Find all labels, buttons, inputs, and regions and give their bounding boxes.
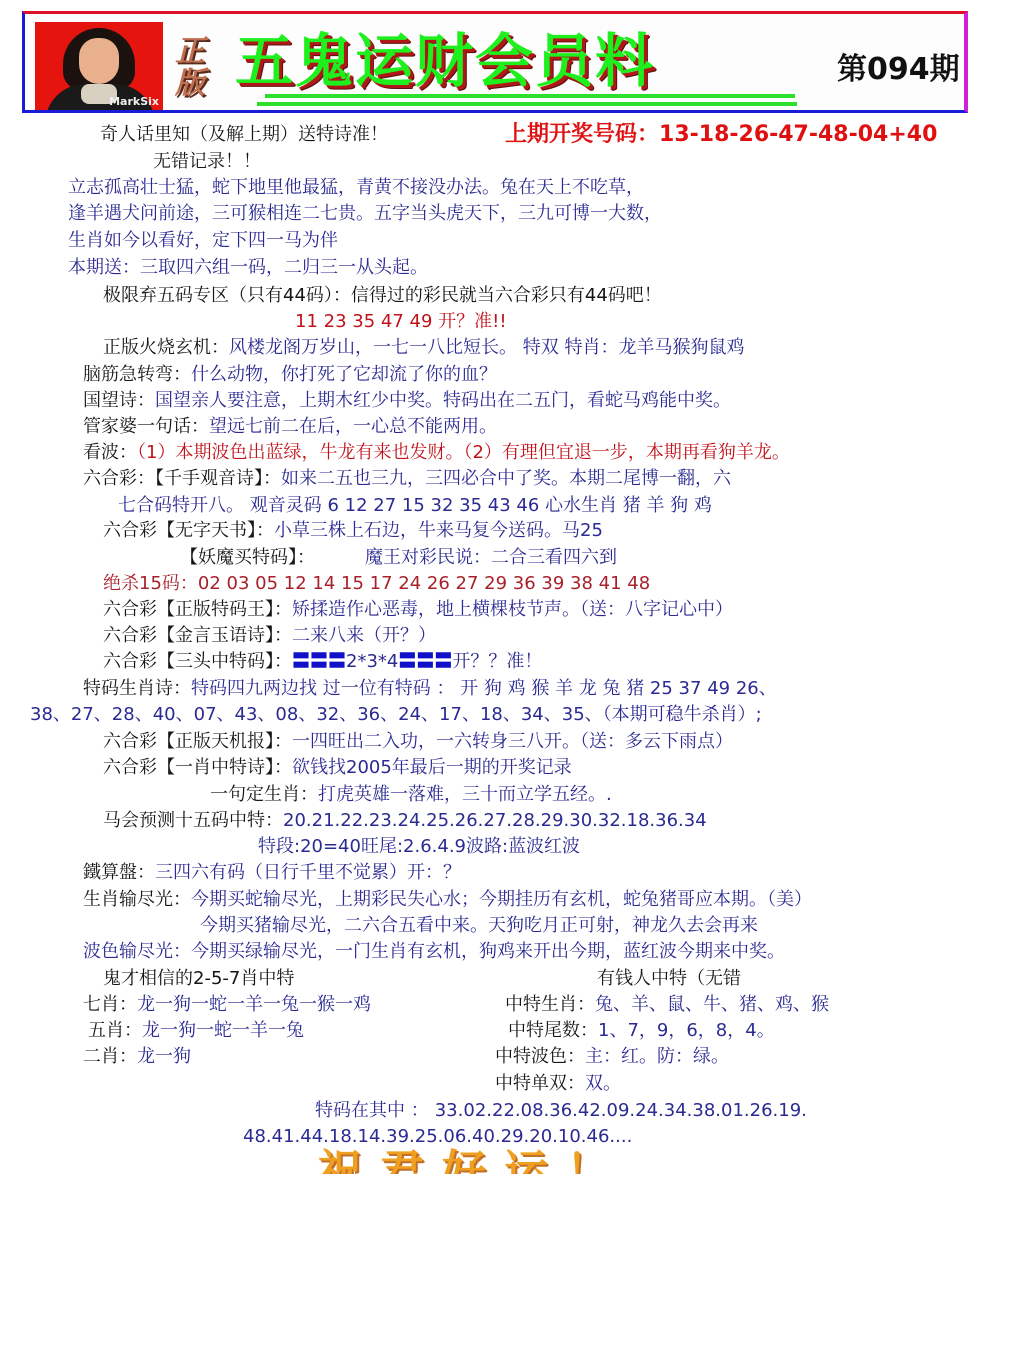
right-block-row: 中特单双：双。 bbox=[495, 1073, 621, 1095]
left-block-title: 鬼才相信的2-5-7肖中特 bbox=[103, 968, 294, 990]
qianshou-section: 六合彩：【千手观音诗】：如来二五也三九，三四必合中了奖。本期二尾博一翻，六 bbox=[83, 468, 731, 490]
guanjia-section: 管家婆一句话：望远七前二在后，一心总不能两用。 bbox=[83, 416, 497, 438]
huoshao-section: 正版火烧玄机：风楼龙阁万岁山，一七一八比短长。 特双 特肖：龙羊马猴狗鼠鸡 bbox=[103, 337, 744, 359]
yixiao-section: 六合彩【一肖中特诗】：欲钱找2005年最后一期的开奖记录 bbox=[103, 757, 572, 779]
poem-line: 立志孤高壮士猛，蛇下地里他最猛，青黄不接没办法。兔在天上不吃草， bbox=[68, 177, 644, 199]
qianshou-section-cont: 七合码特开八。 观音灵码 6 12 27 15 32 35 43 46 心水生肖… bbox=[118, 495, 712, 517]
tema-in-section: 特码在其中 ：33.02.22.08.36.42.09.24.34.38.01.… bbox=[315, 1100, 807, 1122]
santou-section: 六合彩【三头中特码】：〓〓〓2*3*4〓〓〓开？？准！ bbox=[103, 651, 542, 673]
left-block-row: 七肖：龙一狗一蛇一羊一兔一猴一鸡 bbox=[83, 994, 371, 1016]
santou-marks-left: 〓〓〓 bbox=[292, 651, 346, 672]
right-block-title: 有钱人中特（无错 bbox=[597, 968, 741, 990]
yiju-section: 一句定生肖：打虎英雄一落难，三十而立学五经。. bbox=[210, 784, 612, 806]
portrait-brand: MarkSix bbox=[109, 95, 159, 108]
genuine-badge: 正版 bbox=[175, 36, 217, 100]
page-title: 五鬼运财会员料 bbox=[235, 28, 655, 94]
intro-line-1: 奇人话里知（及解上期）送特诗准！ bbox=[100, 124, 388, 146]
santou-marks-right: 〓〓〓 bbox=[398, 651, 452, 672]
naojin-section: 脑筋急转弯：什么动物，你打死了它却流了你的血？ bbox=[83, 364, 497, 386]
last-draw-label: 上期开奖号码： bbox=[505, 122, 659, 147]
shengxiao-poem-section: 特码生肖诗：特码四九两边找 过一位有特码 ： 开 狗 鸡 猴 羊 龙 兔 猪 2… bbox=[83, 678, 777, 700]
footer-greeting: 祝君好运！ bbox=[318, 1148, 628, 1174]
limit-zone-title: 极限弃五码专区（只有44码）：信得过的彩民就当六合彩只有44码吧！ bbox=[103, 285, 662, 307]
right-block-row: 中特尾数：1、7，9，6，8，4。 bbox=[508, 1020, 775, 1042]
poem-line: 逢羊遇犬问前途，三可猴相连二七贵。五字当头虎天下，三九可博一大数， bbox=[68, 203, 662, 225]
sx-lose-cont: 今期买猪输尽光，二六合五看中来。天狗吃月正可射，神龙久去会再来 bbox=[200, 915, 758, 937]
tema-wang-section: 六合彩【正版特码王】：矫揉造作心恶毒，地上横棵枝节声。（送：八字记心中） bbox=[103, 599, 733, 621]
intro-line-2: 无错记录！！ bbox=[153, 151, 261, 173]
mahui-section: 马会预测十五码中特：20.21.22.23.24.25.26.27.28.29.… bbox=[103, 810, 707, 832]
right-block-row: 中特生肖：兔、羊、鼠、牛、猪、鸡、猴 bbox=[505, 994, 829, 1016]
shengxiao-poem-cont: 38、27、28、40、07、43、08、32、36、24、17、18、34、3… bbox=[30, 704, 762, 726]
suanpan-section: 鐵算盤：三四六有码（日行千里不觉累）开：？ bbox=[83, 862, 461, 884]
title-underline bbox=[265, 94, 795, 98]
teduan-section: 特段:20=40旺尾:2.6.4.9波路:蓝波红波 bbox=[258, 836, 580, 858]
sx-lose-section: 生肖输尽光：今期买蛇输尽光，上期彩民失心水；今期挂历有玄机，蛇兔猪哥应本期。（美… bbox=[83, 889, 812, 911]
left-block-row: 五肖：龙一狗一蛇一羊一兔 bbox=[88, 1020, 304, 1042]
guowang-section: 国望诗：国望亲人要注意，上期木红少中奖。特码出在二五门，看蛇马鸡能中奖。 bbox=[83, 390, 731, 412]
poem-line: 本期送：三取四六组一码，二归三一从头起。 bbox=[68, 257, 428, 279]
tema-in-numbers: 48.41.44.18.14.39.25.06.40.29.20.10.46..… bbox=[243, 1126, 632, 1148]
right-block-row: 中特波色：主：红。防：绿。 bbox=[495, 1046, 729, 1068]
poem-line: 生肖如今以看好，定下四一马为伴 bbox=[68, 230, 338, 252]
tianji-section: 六合彩【正版天机报】：一四旺出二入功，一六转身三八开。（送：多云下雨点） bbox=[103, 731, 733, 753]
header-banner: MarkSix 正版 五鬼运财会员料 第094期 bbox=[22, 11, 968, 113]
limit-zone-numbers: 11 23 35 47 49 开？准!! bbox=[295, 311, 507, 333]
title-underline-2 bbox=[257, 102, 797, 106]
jinyan-section: 六合彩【金言玉语诗】：二来八来（开？） bbox=[103, 625, 436, 647]
bo-lose-section: 波色输尽光：今期买绿输尽光，一门生肖有玄机，狗鸡来开出今期，蓝红波今期来中奖。 bbox=[83, 941, 785, 963]
jueshai-section: 绝杀15码：02 03 05 12 14 15 17 24 26 27 29 3… bbox=[103, 573, 650, 595]
wuzi-section: 六合彩【无字天书】：小草三株上石边，牛来马复今送码。马25 bbox=[103, 520, 603, 542]
portrait-image: MarkSix bbox=[35, 22, 163, 110]
last-draw: 上期开奖号码：13-18-26-47-48-04+40 bbox=[505, 124, 937, 146]
kanbo-section: 看波：（1）本期波色出蓝绿，牛龙有来也发财。（2）有理但宜退一步，本期再看狗羊龙… bbox=[83, 442, 790, 464]
issue-number: 第094期 bbox=[837, 44, 960, 88]
last-draw-numbers: 13-18-26-47-48-04+40 bbox=[659, 122, 937, 147]
left-block-row: 二肖：龙一狗 bbox=[83, 1046, 191, 1068]
yaomo-section: 【妖魔买特码】：魔王对彩民说：二合三看四六到 bbox=[180, 547, 617, 569]
